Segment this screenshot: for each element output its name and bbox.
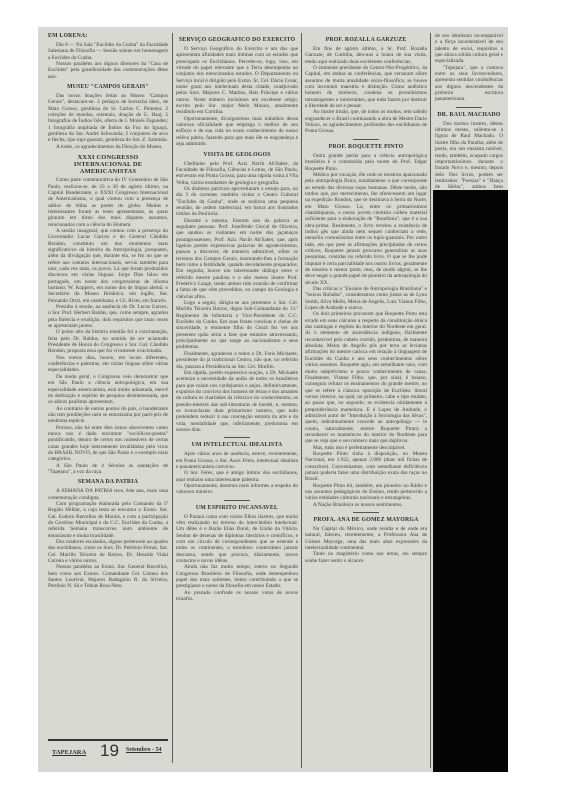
paragraph: Como parte comemorativa do IV Centenário… <box>48 177 168 228</box>
section-separator <box>353 512 379 513</box>
column-3: PROF. ROZALLA GARZUZE Em fins de agôsto … <box>305 33 427 768</box>
paragraph: Finalmente, agradeceu a todos o Dr. Fari… <box>176 351 298 370</box>
paragraph: O eminente presidente do Centro-Nio-Prog… <box>305 65 427 109</box>
paragraph: A todos, os agradecimentos da Direção do… <box>48 144 168 150</box>
paragraph: Ao ilustre irmão, que, de todos os modos… <box>305 109 427 134</box>
paragraph: Das críticas a "Ensaios de Antropologia … <box>305 286 427 311</box>
column-divider <box>301 33 302 768</box>
paragraph: O Serviço Geográfico do Exército é um do… <box>176 46 298 116</box>
paragraph: O Snr. Féres, que é amigo íntimo dos euc… <box>176 470 298 483</box>
issue-month-year: Setembro - 54 <box>126 747 162 753</box>
paragraph: Nossos parabéns ao Exmo. Snr. General Ba… <box>48 564 168 589</box>
paragraph: Os dois primeiros provaram que Roquette … <box>305 311 427 444</box>
section-heading-congresso: XXXI CONGRESSO INTERNACIONAL DE AMERICAN… <box>48 154 168 175</box>
newspaper-page: EM LORENA: Dia 8 — Na Sala "Euclides da … <box>38 27 508 772</box>
section-separator <box>353 139 379 140</box>
paragraph: Outra grande perda para a ciência antrop… <box>305 153 427 172</box>
page-footer: TAPEJARA 19 Setembro - 54 <box>48 739 168 761</box>
paragraph: Porisso, não há entre êles ismos absorve… <box>48 425 168 463</box>
section-heading-semana: SEMANA DA PATRIA <box>48 479 168 486</box>
paragraph: Na Capital do México, onde residia e de … <box>305 526 427 551</box>
paragraph: Ao prezado confrade os nossos votos de n… <box>176 590 298 603</box>
paragraph: Nossos parabéns aos dignos diretores da … <box>48 61 168 80</box>
paragraph: Chefiados pelo Prof. Aziz Nacib Ab'Saber… <box>176 161 298 186</box>
section-separator <box>224 437 250 438</box>
paragraph: Dos mortos ilustres, dêstes últimos mese… <box>435 121 503 193</box>
paragraph: Oportunamente, divulgaremos mais trabalh… <box>176 116 298 148</box>
column-2: SERVIÇO GEOGRAFICO DO EXERCITO O Serviço… <box>176 33 298 768</box>
paragraph: Logo a seguir, dirigiu-se aos presentes … <box>176 300 298 351</box>
section-heading-mayorga: PROFA. ANA DE GOMEZ MAYORGA <box>305 517 427 524</box>
paragraph: Médico por vocação, êle cedo se mostrou … <box>305 172 427 286</box>
paragraph: Durante a mesma, fizeram uso da palavra … <box>176 218 298 300</box>
section-separator <box>456 107 482 108</box>
section-separator <box>224 500 250 501</box>
paragraph: "Tapejara", que a contava entre os seus … <box>435 65 503 103</box>
paragraph: De modo geral, o Congresso veio demonstr… <box>48 374 168 406</box>
paragraph: Presidiu à sessão, na ausência do Dr. Lu… <box>48 304 168 329</box>
paragraph: Tanto no magistério como nas letras, ela… <box>305 551 427 564</box>
section-heading-lorena: EM LORENA: <box>48 33 168 40</box>
section-heading-garzuze: PROF. ROZALLA GARZUZE <box>305 37 427 44</box>
paragraph: Em rápida, porém expressiva oração, o Dr… <box>176 370 298 433</box>
redaction-block <box>433 190 508 772</box>
section-heading-espirito: UM ESPIRITO INCANSAVEL <box>176 505 298 512</box>
paragraph: O Paraná conta com vários filhos ilustre… <box>176 514 298 565</box>
column-4: de seu idealismo incomparável e a fôrça … <box>435 33 503 193</box>
publication-name: TAPEJARA <box>52 749 86 756</box>
paragraph: A sessão inaugural, que contou com a pre… <box>48 228 168 304</box>
section-heading-machado: DR. RAUL MACHADO <box>435 112 503 119</box>
section-heading-servico: SERVIÇO GEOGRAFICO DO EXERCITO <box>176 37 298 44</box>
paragraph: Em fins de agôsto último, o Sr. Prof. Ro… <box>305 46 427 65</box>
column-1: EM LORENA: Dia 8 — Na Sala "Euclides da … <box>48 33 168 733</box>
paragraph: de seu idealismo incomparável e a fôrça … <box>435 33 503 65</box>
paragraph: Dia 8 — Na Sala "Euclides da Cunha" da F… <box>48 42 168 61</box>
paragraph: A Nação Brasileira os nossos sentimentos… <box>305 502 427 508</box>
paragraph: Dos oradores escalados, alguns pertencem… <box>48 539 168 564</box>
paragraph: Roquette Pinto foi, também, um pioneiro … <box>305 483 427 502</box>
paragraph: Os distintos patrícios aproveitaram o en… <box>176 186 298 218</box>
paragraph: Após vários anos de ausência, esteve, re… <box>176 451 298 470</box>
paragraph: Das novas doações feitas ao Museu "Campo… <box>48 93 168 144</box>
paragraph: A SEMANA DA PATRIA teve, êste ano, mais … <box>48 488 168 501</box>
paragraph: Roquette Pinto tinha à disposição, no Mu… <box>305 451 427 483</box>
paragraph: Ao contrário de outros pontos do país, o… <box>48 406 168 425</box>
paragraph: A São Paulo de 4 Séculos as saudações de… <box>48 463 168 476</box>
issue-day: 19 <box>100 742 119 759</box>
paragraph: O ponto alto da história reunião foi a c… <box>48 329 168 354</box>
paragraph: Com programação elaborada pelo Comando d… <box>48 501 168 539</box>
paragraph: Oportunamente, daremos mais informes a r… <box>176 483 298 496</box>
column-divider <box>430 33 431 768</box>
column-divider <box>172 33 173 763</box>
section-heading-idealista: UM INTELECTUAL IDEALISTA <box>176 442 298 449</box>
paragraph: Ainda não faz muito tempo, esteve no Seg… <box>176 564 298 589</box>
section-heading-geologos: VISITA DE GEOLOGOS <box>176 152 298 159</box>
section-heading-museu: MUSEU "CAMPOS GERAIS" <box>48 84 168 91</box>
section-heading-roquette: PROF. ROQUETTE PINTO <box>305 144 427 151</box>
paragraph: Nos outros dias, houve, em locais difere… <box>48 355 168 374</box>
